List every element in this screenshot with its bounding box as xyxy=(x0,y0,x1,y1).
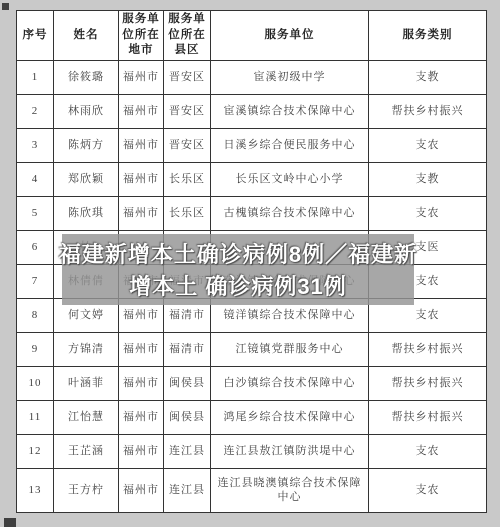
cell-unit: 白沙镇综合技术保障中心 xyxy=(211,366,369,400)
cell-category: 支农 xyxy=(369,434,487,468)
cell-category: 帮扶乡村振兴 xyxy=(369,332,487,366)
header-category: 服务类别 xyxy=(369,11,487,61)
cell-county: 闽侯县 xyxy=(164,400,211,434)
table-row: 2林雨欣福州市晋安区宦溪镇综合技术保障中心帮扶乡村振兴 xyxy=(17,94,487,128)
cell-unit: 连江县敖江镇防洪堤中心 xyxy=(211,434,369,468)
cell-category: 帮扶乡村振兴 xyxy=(369,94,487,128)
cell-unit: 鸿尾乡综合技术保障中心 xyxy=(211,400,369,434)
cell-no: 6 xyxy=(17,230,54,264)
table-row: 12王芷涵福州市连江县连江县敖江镇防洪堤中心支农 xyxy=(17,434,487,468)
table-row: 5陈欣琪福州市长乐区古槐镇综合技术保障中心支农 xyxy=(17,196,487,230)
cell-city: 福州市 xyxy=(119,434,164,468)
header-row: 序号姓名服务单位所在地市服务单位所在县区服务单位服务类别 xyxy=(17,11,487,61)
table-row: 1徐筱璐福州市晋安区宦溪初级中学支教 xyxy=(17,60,487,94)
cell-category: 支农 xyxy=(369,468,487,512)
cell-unit: 宦溪镇综合技术保障中心 xyxy=(211,94,369,128)
cell-no: 12 xyxy=(17,434,54,468)
table-row: 11江怡慧福州市闽侯县鸿尾乡综合技术保障中心帮扶乡村振兴 xyxy=(17,400,487,434)
cell-category: 支教 xyxy=(369,162,487,196)
cell-category: 支教 xyxy=(369,60,487,94)
cell-category: 帮扶乡村振兴 xyxy=(369,400,487,434)
cell-no: 11 xyxy=(17,400,54,434)
cell-name: 郑欣颖 xyxy=(54,162,119,196)
cell-no: 13 xyxy=(17,468,54,512)
header-county: 服务单位所在县区 xyxy=(164,11,211,61)
cell-no: 9 xyxy=(17,332,54,366)
cell-city: 福州市 xyxy=(119,332,164,366)
cell-name: 林雨欣 xyxy=(54,94,119,128)
cell-category: 支农 xyxy=(369,196,487,230)
headline-line-2: 增本土 确诊病例31例 xyxy=(129,270,347,301)
cell-county: 连江县 xyxy=(164,468,211,512)
table-row: 13王方柠福州市连江县连江县晓澳镇综合技术保障中心支农 xyxy=(17,468,487,512)
headline-line-1: 福建新增本土确诊病例8例／福建新 xyxy=(59,238,417,269)
cell-no: 4 xyxy=(17,162,54,196)
cell-no: 8 xyxy=(17,298,54,332)
cell-county: 连江县 xyxy=(164,434,211,468)
header-no: 序号 xyxy=(17,11,54,61)
table-row: 4郑欣颖福州市长乐区长乐区文岭中心小学支教 xyxy=(17,162,487,196)
cell-category: 帮扶乡村振兴 xyxy=(369,366,487,400)
table-row: 10叶涵菲福州市闽侯县白沙镇综合技术保障中心帮扶乡村振兴 xyxy=(17,366,487,400)
cell-name: 陈炳方 xyxy=(54,128,119,162)
header-city: 服务单位所在地市 xyxy=(119,11,164,61)
cell-county: 长乐区 xyxy=(164,196,211,230)
cell-name: 徐筱璐 xyxy=(54,60,119,94)
scan-artifact-top-left xyxy=(2,3,9,10)
cell-name: 叶涵菲 xyxy=(54,366,119,400)
headline-overlay: 福建新增本土确诊病例8例／福建新 增本土 确诊病例31例 xyxy=(62,234,414,305)
cell-city: 福州市 xyxy=(119,468,164,512)
cell-county: 晋安区 xyxy=(164,128,211,162)
cell-city: 福州市 xyxy=(119,60,164,94)
cell-city: 福州市 xyxy=(119,162,164,196)
cell-no: 2 xyxy=(17,94,54,128)
scan-artifact-bottom-left xyxy=(4,518,16,527)
cell-city: 福州市 xyxy=(119,366,164,400)
table-header: 序号姓名服务单位所在地市服务单位所在县区服务单位服务类别 xyxy=(17,11,487,61)
cell-name: 江怡慧 xyxy=(54,400,119,434)
cell-no: 5 xyxy=(17,196,54,230)
cell-county: 晋安区 xyxy=(164,94,211,128)
cell-unit: 连江县晓澳镇综合技术保障中心 xyxy=(211,468,369,512)
cell-name: 方锦清 xyxy=(54,332,119,366)
cell-name: 陈欣琪 xyxy=(54,196,119,230)
cell-unit: 古槐镇综合技术保障中心 xyxy=(211,196,369,230)
cell-no: 1 xyxy=(17,60,54,94)
header-name: 姓名 xyxy=(54,11,119,61)
cell-city: 福州市 xyxy=(119,196,164,230)
cell-no: 10 xyxy=(17,366,54,400)
cell-county: 长乐区 xyxy=(164,162,211,196)
cell-county: 福清市 xyxy=(164,332,211,366)
cell-city: 福州市 xyxy=(119,400,164,434)
table-row: 3陈炳方福州市晋安区日溪乡综合便民服务中心支农 xyxy=(17,128,487,162)
cell-category: 支农 xyxy=(369,128,487,162)
header-unit: 服务单位 xyxy=(211,11,369,61)
cell-county: 晋安区 xyxy=(164,60,211,94)
cell-unit: 江镜镇党群服务中心 xyxy=(211,332,369,366)
cell-unit: 宦溪初级中学 xyxy=(211,60,369,94)
cell-unit: 日溪乡综合便民服务中心 xyxy=(211,128,369,162)
cell-city: 福州市 xyxy=(119,128,164,162)
cell-county: 闽侯县 xyxy=(164,366,211,400)
cell-name: 王方柠 xyxy=(54,468,119,512)
cell-no: 7 xyxy=(17,264,54,298)
cell-unit: 长乐区文岭中心小学 xyxy=(211,162,369,196)
cell-name: 王芷涵 xyxy=(54,434,119,468)
cell-city: 福州市 xyxy=(119,94,164,128)
cell-no: 3 xyxy=(17,128,54,162)
table-row: 9方锦清福州市福清市江镜镇党群服务中心帮扶乡村振兴 xyxy=(17,332,487,366)
